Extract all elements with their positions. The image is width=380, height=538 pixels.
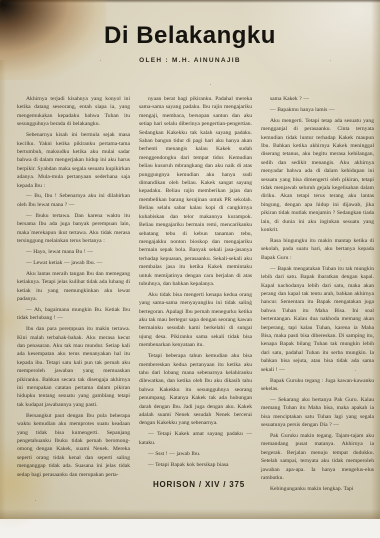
dialogue-line: — Tetapi Bapak kok bersikap biasa <box>139 461 252 469</box>
column-1: Akhirnya terjadi kisahnya yang konyol in… <box>17 95 130 496</box>
column-3: sama Kakek ? — — Bapakmu hanya lamis — A… <box>261 95 374 496</box>
dialogue-line: — Ah, bagaimana mungkin Bu. Ketiak Ibu t… <box>17 306 130 323</box>
paper-speckles <box>0 0 1 1</box>
paragraph: Sebenarnya kisah ini bermula sejak masa … <box>17 131 130 190</box>
paragraph: Pak Guruku makin tegang. Tajam-tajam aku… <box>261 432 374 482</box>
journal-footer: HORISON / XIV / 375 <box>18 480 380 489</box>
dialogue-line: — Bapak mengatakan Tuhan itu tak mungkin… <box>261 265 374 374</box>
article-body: Akhirnya terjadi kisahnya yang konyol in… <box>17 95 370 496</box>
article-header: Di Belakangku OLEH : M.H. AINUNAJIB <box>0 22 380 64</box>
column-2: nyaan berat bagi pikiranku. Padahal mere… <box>139 95 252 496</box>
dialogue-line: — Ibuku tertawa. Dan karena waktu itu be… <box>17 212 130 246</box>
dialogue-line: — Tetapi Kakek amat sayang padaku — kata… <box>139 430 252 447</box>
article-byline: OLEH : M.H. AINUNAJIB <box>0 57 380 64</box>
dialogue-line: — Ssst ! — jawab Ibu. <box>139 450 252 458</box>
paragraph: nyaan berat bagi pikiranku. Padahal mere… <box>139 95 252 288</box>
paragraph: Akhirnya terjadi kisahnya yang konyol in… <box>17 95 130 129</box>
magazine-page: Di Belakangku OLEH : M.H. AINUNAJIB Akhi… <box>0 0 380 519</box>
dialogue-line: — Bapakmu hanya lamis — <box>261 106 374 114</box>
paragraph: sama Kakek ? — <box>261 95 374 103</box>
paragraph: Aku lantas meraih tangan Ibu dan memegan… <box>17 270 130 304</box>
dialogue-line: — Hayo, lewat mana Bu ! — <box>17 248 130 256</box>
paragraph: Aku mengerti. Tetapi tetap ada sesuatu y… <box>261 117 374 235</box>
paragraph: Tetapi beberapa tahun kemudian aku bisa … <box>139 352 252 428</box>
dialogue-line: — Lewat ketiak — jawab Ibu. — <box>17 259 130 267</box>
dialogue-line: — Bu, Ibu ! Sebenarnya aku ini dilahirka… <box>17 192 130 209</box>
paragraph: Rasa bingungku itu makin mantap ketika d… <box>261 237 374 262</box>
dialogue-line: — Sekarang aku bertanya Pak Guru. Kalau … <box>261 396 374 430</box>
page-edge-shadow-bottom <box>0 509 380 519</box>
paragraph: Bapak Guruku tegang : Juga kawan-kawanku… <box>261 377 374 394</box>
article-title: Di Belakangku <box>0 22 380 50</box>
paragraph: Aku tidak bisa mengerti kenapa kedua ora… <box>139 291 252 350</box>
paragraph: Ibu dan para perempuan itu makin tertawa… <box>17 325 130 409</box>
paragraph: Bersangkut paut dengan Ibu pula beberapa… <box>17 412 130 479</box>
